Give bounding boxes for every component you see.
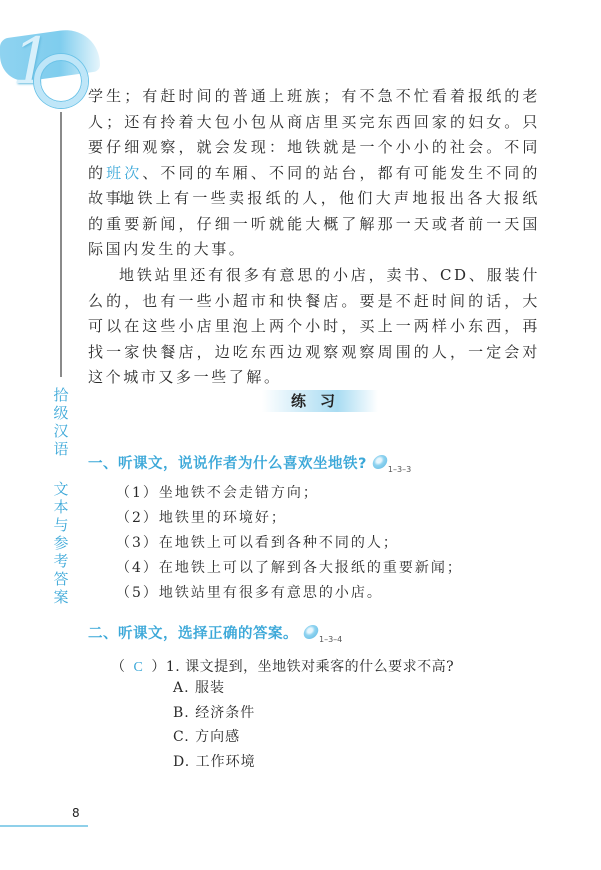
list-item: （4）在地铁上可以了解到各大报纸的重要新闻； xyxy=(116,556,463,581)
side-char: 考 xyxy=(51,552,71,570)
question-text: 课文提到，坐地铁对乘客的什么要求不高? xyxy=(185,659,454,675)
side-char: 语 xyxy=(51,440,71,458)
lesson-number-badge: 1 xyxy=(0,24,100,104)
footer-rule xyxy=(0,825,88,827)
section-heading-text: 二、听课文，选择正确的答案。 xyxy=(88,626,298,642)
side-book-title: 拾 级 汉 语 文 本 与 参 考 答 案 xyxy=(51,386,71,606)
section-1-heading: 一、听课文，说说作者为什么喜欢坐地铁?1–3–3 xyxy=(88,452,411,474)
side-char: 答 xyxy=(51,570,71,588)
paragraph-3: 地铁站里还有很多有意思的小店，卖书、CD、服装什么的，也有一些小超市和快餐店。要… xyxy=(88,263,540,391)
answer-paren-open: （ xyxy=(111,659,126,675)
side-char: 本 xyxy=(51,498,71,516)
side-char: 拾 xyxy=(51,386,71,404)
question-1: （C）1. 课文提到，坐地铁对乘客的什么要求不高? xyxy=(111,656,454,676)
option-a[interactable]: A. 服装 xyxy=(173,676,256,701)
lesson-number-digit-zero xyxy=(34,54,88,108)
vertical-divider xyxy=(60,112,62,377)
paragraph-2: 地铁上有一些卖报纸的人，他们大声地报出各大报纸的重要新闻，仔细一听就能大概了解那… xyxy=(88,186,540,263)
cd-audio-icon[interactable] xyxy=(302,625,320,639)
answer-options: A. 服装 B. 经济条件 C. 方向感 D. 工作环境 xyxy=(173,676,256,774)
list-item: （5）地铁站里有很多有意思的小店。 xyxy=(116,581,463,606)
highlighted-vocab[interactable]: 班次 xyxy=(106,164,142,182)
section-2-heading: 二、听课文，选择正确的答案。1–3–4 xyxy=(88,622,342,644)
option-b[interactable]: B. 经济条件 xyxy=(173,701,256,726)
side-char: 级 xyxy=(51,404,71,422)
side-char: 与 xyxy=(51,516,71,534)
list-item: （1）坐地铁不会走错方向； xyxy=(116,481,463,506)
option-c[interactable]: C. 方向感 xyxy=(173,725,256,750)
question-number: 1. xyxy=(166,659,180,675)
section-heading-text: 一、听课文，说说作者为什么喜欢坐地铁? xyxy=(88,456,367,472)
section-1-list: （1）坐地铁不会走错方向； （2）地铁里的环境好； （3）在地铁上可以看到各种不… xyxy=(116,481,463,606)
side-char: 汉 xyxy=(51,422,71,440)
option-d[interactable]: D. 工作环境 xyxy=(173,750,256,775)
track-number: 1–3–4 xyxy=(319,635,342,644)
side-char: 文 xyxy=(51,480,71,498)
answer-paren-close: ） xyxy=(151,659,166,675)
page-number: 8 xyxy=(72,806,80,820)
exercise-title: 练习 xyxy=(262,390,378,412)
side-char: 案 xyxy=(51,588,71,606)
list-item: （3）在地铁上可以看到各种不同的人； xyxy=(116,531,463,556)
side-char: 参 xyxy=(51,534,71,552)
list-item: （2）地铁里的环境好； xyxy=(116,506,463,531)
track-number: 1–3–3 xyxy=(388,465,411,474)
answer-field[interactable]: C xyxy=(126,660,152,675)
cd-audio-icon[interactable] xyxy=(371,455,389,469)
